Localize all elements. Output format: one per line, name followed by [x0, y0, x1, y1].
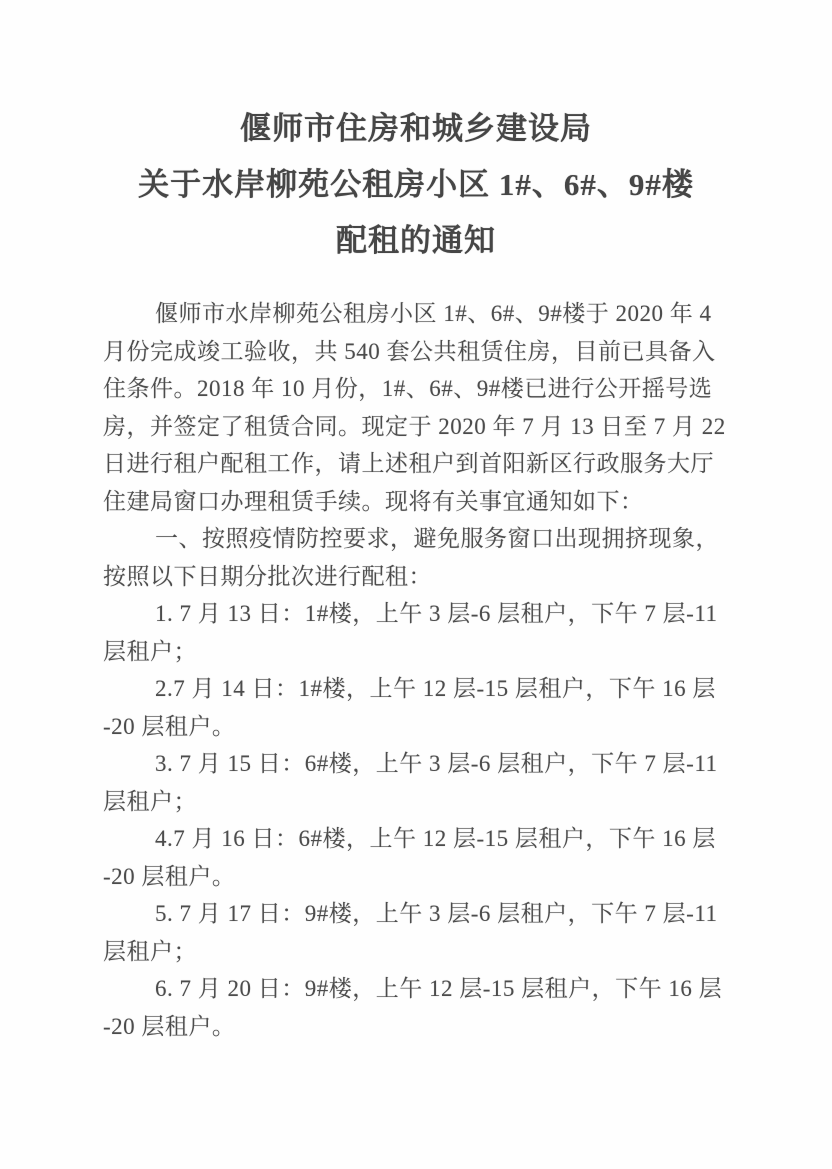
body-line: 层租户；: [103, 933, 739, 971]
body-line-item-3: 3. 7 月 15 日：6#楼，上午 3 层-6 层租户，下午 7 层-11: [103, 745, 739, 783]
body-line: 层租户；: [103, 633, 739, 671]
body-line: 按照以下日期分批次进行配租：: [103, 558, 739, 596]
body-line: -20 层租户。: [103, 858, 739, 896]
document-body: 偃师市水岸柳苑公租房小区 1#、6#、9#楼于 2020 年 4 月份完成竣工验…: [103, 295, 739, 1045]
body-line: 住条件。2018 年 10 月份，1#、6#、9#楼已进行公开摇号选: [103, 370, 739, 408]
body-line-item-1: 1. 7 月 13 日：1#楼，上午 3 层-6 层租户，下午 7 层-11: [103, 595, 739, 633]
body-line: -20 层租户。: [103, 708, 739, 746]
body-line-item-5: 5. 7 月 17 日：9#楼，上午 3 层-6 层租户，下午 7 层-11: [103, 895, 739, 933]
body-line-item-4: 4.7 月 16 日：6#楼，上午 12 层-15 层租户，下午 16 层: [103, 820, 739, 858]
body-line: -20 层租户。: [103, 1008, 739, 1046]
body-line-item-2: 2.7 月 14 日：1#楼，上午 12 层-15 层租户，下午 16 层: [103, 670, 739, 708]
body-line-section-1: 一、按照疫情防控要求，避免服务窗口出现拥挤现象，: [103, 520, 739, 558]
body-line: 日进行租户配租工作，请上述租户到首阳新区行政服务大厅: [103, 445, 739, 483]
title-line-notice: 配租的通知: [50, 213, 782, 269]
scanned-notice-page: 偃师市住房和城乡建设局 关于水岸柳苑公租房小区 1#、6#、9#楼 配租的通知 …: [0, 0, 832, 1169]
body-line: 月份完成竣工验收，共 540 套公共租赁住房，目前已具备入: [103, 333, 739, 371]
body-line: 偃师市水岸柳苑公租房小区 1#、6#、9#楼于 2020 年 4: [103, 295, 739, 333]
body-line-item-6: 6. 7 月 20 日：9#楼，上午 12 层-15 层租户，下午 16 层: [103, 970, 739, 1008]
title-line-subject: 关于水岸柳苑公租房小区 1#、6#、9#楼: [50, 157, 782, 213]
body-line: 层租户；: [103, 783, 739, 821]
title-line-agency: 偃师市住房和城乡建设局: [50, 101, 782, 157]
body-line: 房，并签定了租赁合同。现定于 2020 年 7 月 13 日至 7 月 22: [103, 408, 739, 446]
document-title: 偃师市住房和城乡建设局 关于水岸柳苑公租房小区 1#、6#、9#楼 配租的通知: [50, 101, 782, 269]
body-line: 住建局窗口办理租赁手续。现将有关事宜通知如下：: [103, 483, 739, 521]
